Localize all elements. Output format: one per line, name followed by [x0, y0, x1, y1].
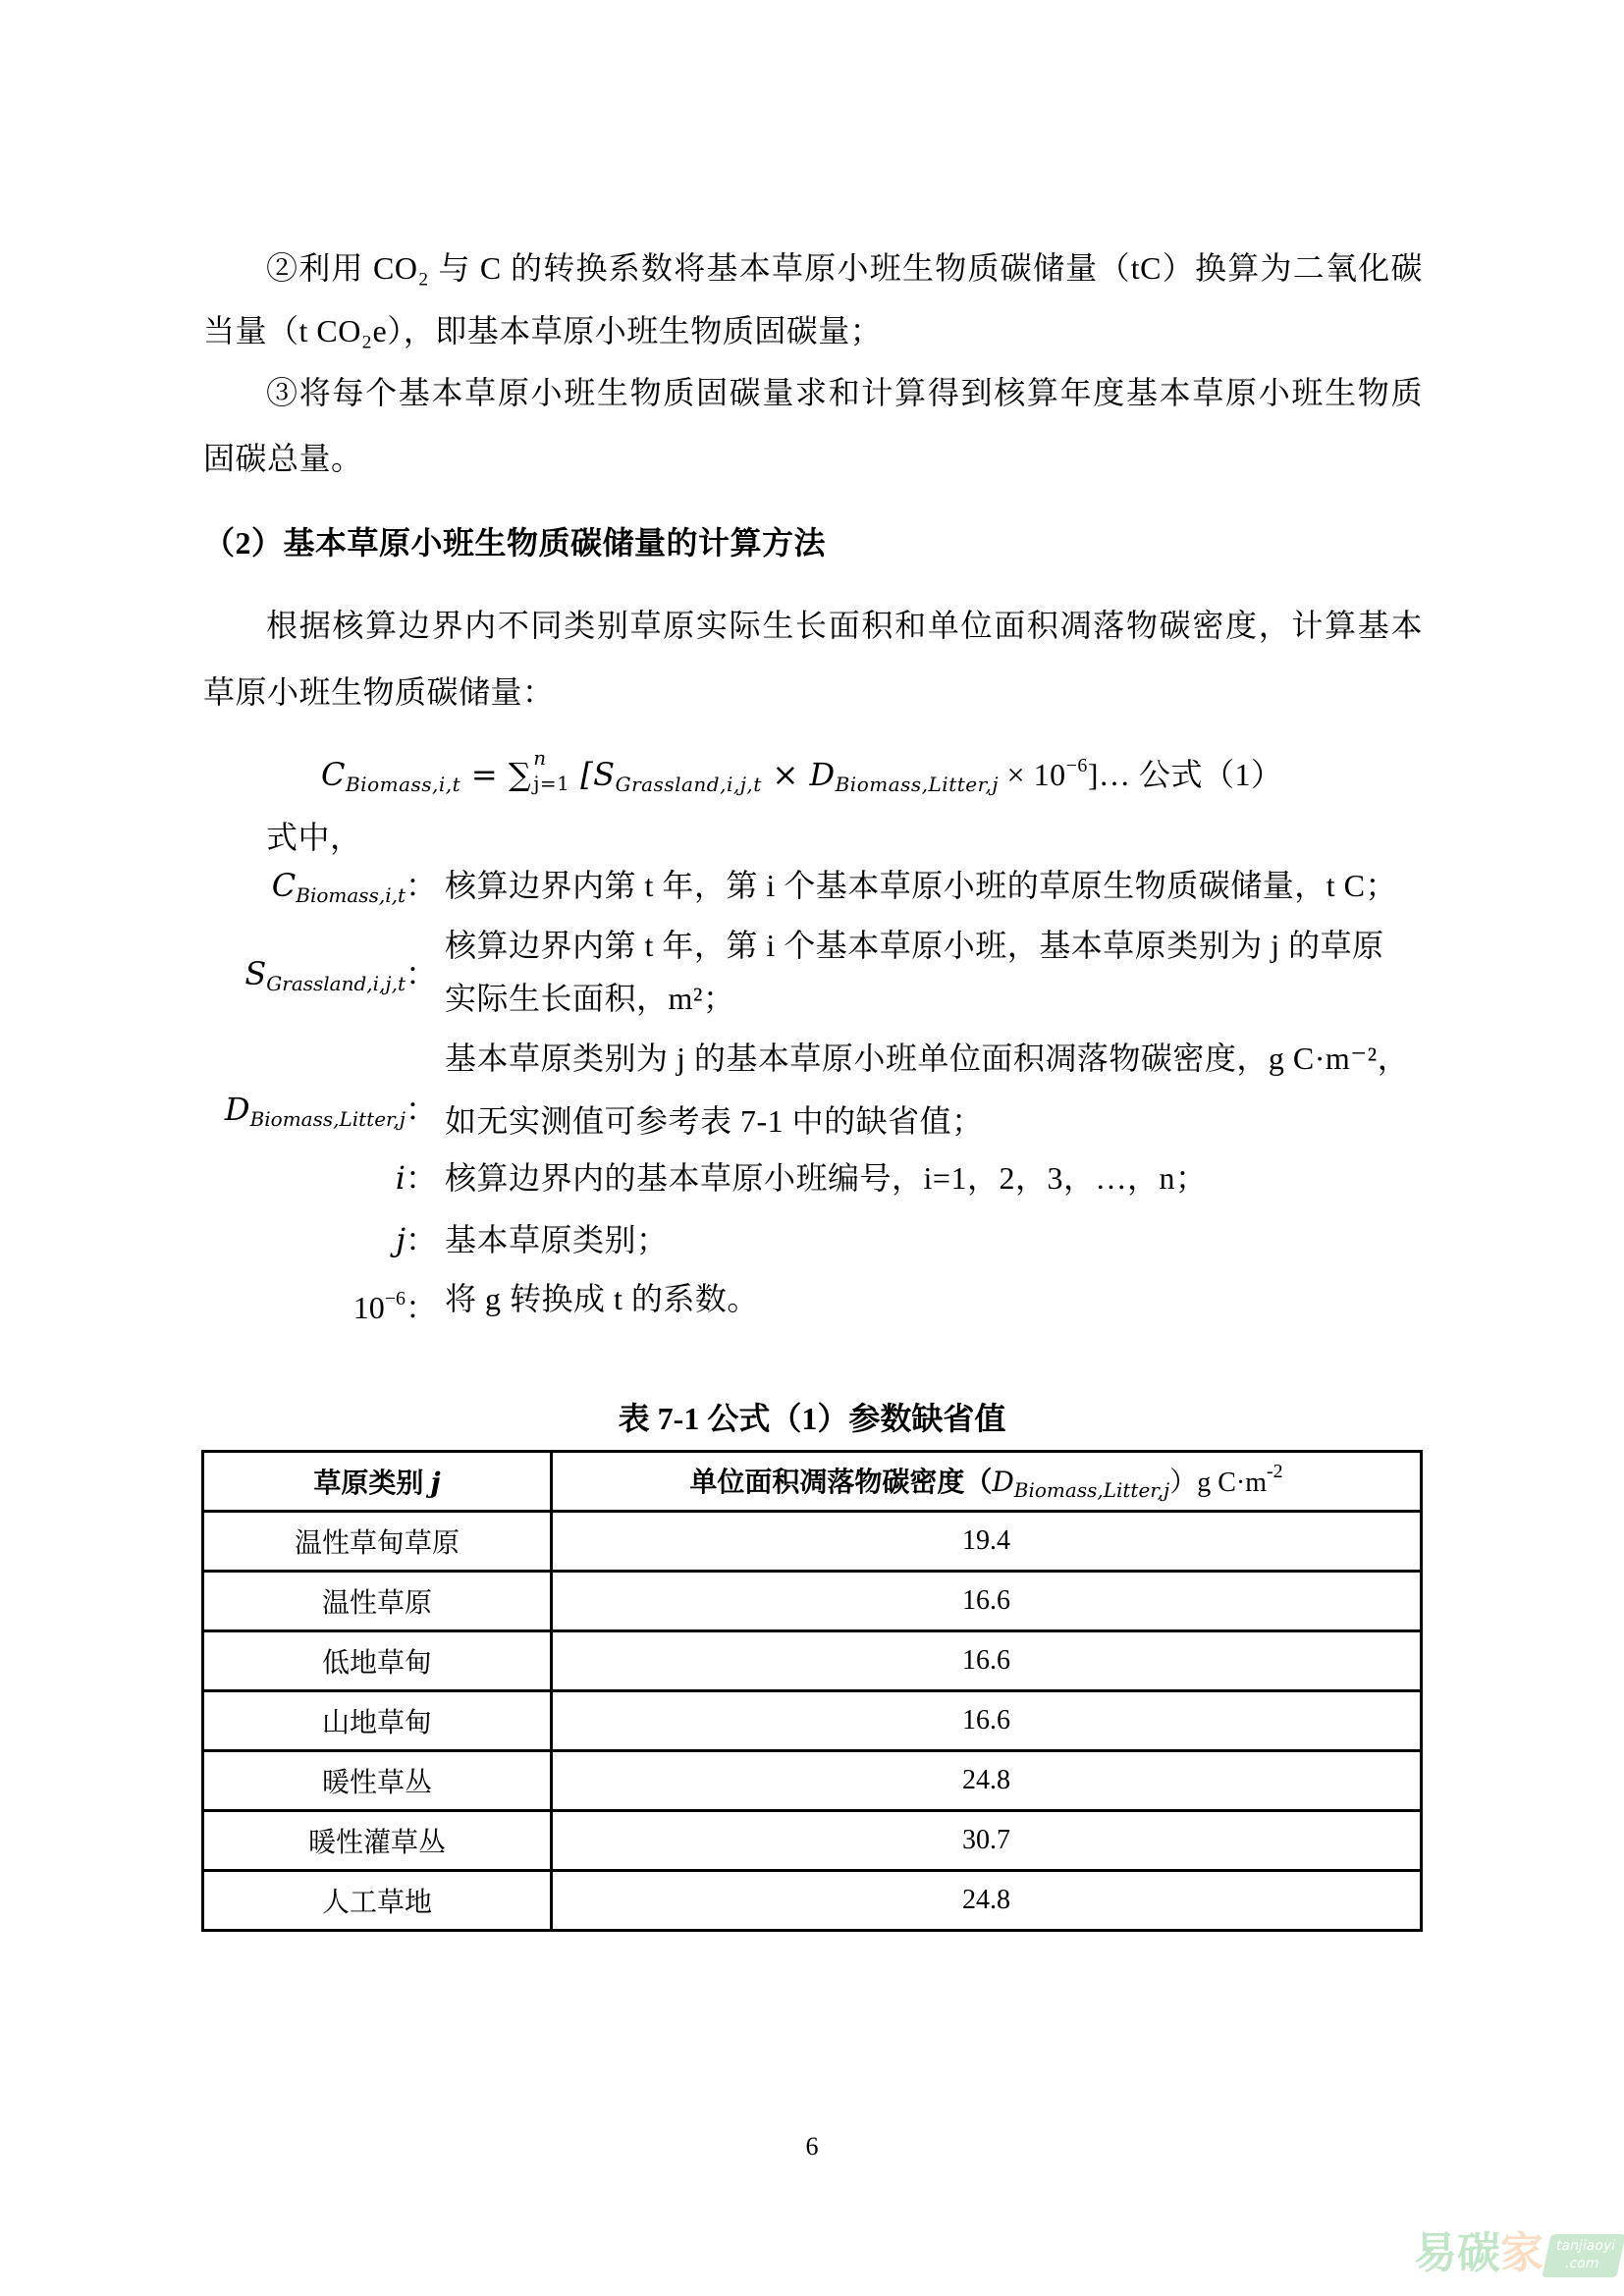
formula-s-term: [SGrassland,i,j,t [580, 756, 762, 793]
def-desc-j: 基本草原类别； [445, 1220, 669, 1259]
formula-lhs: CBiomass,i,t [321, 756, 460, 793]
table-row: 山地草甸16.6 [203, 1691, 1422, 1751]
watermark-domain: tanjiaoyi [1546, 2237, 1624, 2255]
table-row: 暖性草丛24.8 [203, 1751, 1422, 1811]
cell-value: 19.4 [552, 1512, 1422, 1572]
watermark-tld: .com [1543, 2255, 1621, 2272]
section-heading: （2）基本草原小班生物质碳储量的计算方法 [203, 523, 1423, 562]
table-caption: 表 7-1 公式（1）参数缺省值 [0, 1399, 1624, 1438]
formula-label: ]… 公式（1） [1088, 757, 1283, 792]
step3-line2: 固碳总量。 [203, 439, 1423, 478]
formula-1: CBiomass,i,t = ∑nj=1[SGrassland,i,j,t × … [321, 746, 1303, 804]
cell-value: 16.6 [552, 1572, 1422, 1631]
watermark-char-yi: 易 [1414, 2226, 1457, 2281]
header-grassland-category: 草原类别 j [203, 1452, 552, 1512]
formula-d-term: × DBiomass,Litter,j [762, 756, 999, 793]
page-number: 6 [0, 2132, 1624, 2162]
table-row: 人工草地24.8 [203, 1871, 1422, 1931]
cell-category: 温性草原 [203, 1572, 552, 1631]
watermark-char-jia: 家 [1500, 2226, 1543, 2281]
formula-sum-limits: nj=1 [531, 746, 580, 785]
def-desc-s-grassland-line2: 实际生长面积，m²； [445, 979, 735, 1018]
cell-category: 山地草甸 [203, 1691, 552, 1751]
formula-conversion: × 10−6 [999, 757, 1088, 792]
table-row: 暖性灌草丛30.7 [203, 1811, 1422, 1871]
step2-line1: ②利用 CO₂ 与 C 的转换系数将基本草原小班生物质碳储量（tC）换算为二氧化… [266, 248, 1423, 288]
table-row: 温性草甸草原19.4 [203, 1512, 1422, 1572]
cell-category: 人工草地 [203, 1871, 552, 1931]
table-header-row: 草原类别 j 单位面积凋落物碳密度（DBiomass,Litter,j）g C·… [203, 1452, 1422, 1512]
def-term-j: j： [396, 1220, 437, 1259]
document-page: ②利用 CO₂ 与 C 的转换系数将基本草原小班生物质碳储量（tC）换算为二氧化… [0, 0, 1624, 2296]
watermark-char-tan: 碳 [1457, 2226, 1500, 2281]
step2-line2: 当量（t CO₂e），即基本草原小班生物质固碳量； [203, 311, 1423, 350]
cell-value: 30.7 [552, 1811, 1422, 1871]
table-row: 低地草甸16.6 [203, 1631, 1422, 1691]
cell-category: 温性草甸草原 [203, 1512, 552, 1572]
def-desc-i: 核算边界内的基本草原小班编号，i=1，2，3，…，n； [445, 1158, 1207, 1198]
header-litter-carbon-density: 单位面积凋落物碳密度（DBiomass,Litter,j）g C·m-2 [552, 1452, 1422, 1512]
cell-category: 暖性草丛 [203, 1751, 552, 1811]
intro-line2: 草原小班生物质碳储量： [203, 672, 1423, 712]
cell-value: 16.6 [552, 1691, 1422, 1751]
def-term-i: i： [396, 1158, 437, 1198]
def-desc-c-biomass: 核算边界内第 t 年，第 i 个基本草原小班的草原生物质碳储量，t C； [445, 866, 1397, 905]
table-row: 温性草原16.6 [203, 1572, 1422, 1631]
cell-category: 低地草甸 [203, 1631, 552, 1691]
cell-value: 24.8 [552, 1871, 1422, 1931]
step3-line1: ③将每个基本草原小班生物质固碳量求和计算得到核算年度基本草原小班生物质 [266, 373, 1423, 412]
formula-sum-sign: = ∑ [460, 756, 531, 793]
def-desc-s-grassland-line1: 核算边界内第 t 年，第 i 个基本草原小班，基本草原类别为 j 的草原 [445, 926, 1384, 965]
intro-line1: 根据核算边界内不同类别草原实际生长面积和单位面积凋落物碳密度，计算基本 [266, 606, 1423, 645]
watermark-badge: tanjiaoyi .com [1542, 2234, 1624, 2277]
def-desc-ten-power: 将 g 转换成 t 的系数。 [445, 1279, 759, 1318]
cell-value: 24.8 [552, 1751, 1422, 1811]
watermark-logo: 易 碳 家 tanjiaoyi .com [1414, 2226, 1624, 2285]
def-desc-d-biomass-litter-line1: 基本草原类别为 j 的基本草原小班单位面积凋落物碳密度，g C·m⁻²， [445, 1039, 1409, 1078]
def-term-d-biomass-litter: DBiomass,Litter,j： [225, 1090, 437, 1139]
cell-category: 暖性灌草丛 [203, 1811, 552, 1871]
def-term-ten-power: 10−6： [353, 1279, 437, 1327]
def-desc-d-biomass-litter-line2: 如无实测值可参考表 7-1 中的缺省值； [445, 1101, 984, 1141]
def-term-s-grassland: SGrassland,i,j,t： [244, 954, 437, 1003]
cell-value: 16.6 [552, 1631, 1422, 1691]
default-parameters-table: 草原类别 j 单位面积凋落物碳密度（DBiomass,Litter,j）g C·… [201, 1450, 1423, 1932]
where-label: 式中， [266, 818, 1486, 857]
def-term-c-biomass: CBiomass,i,t： [272, 866, 437, 915]
